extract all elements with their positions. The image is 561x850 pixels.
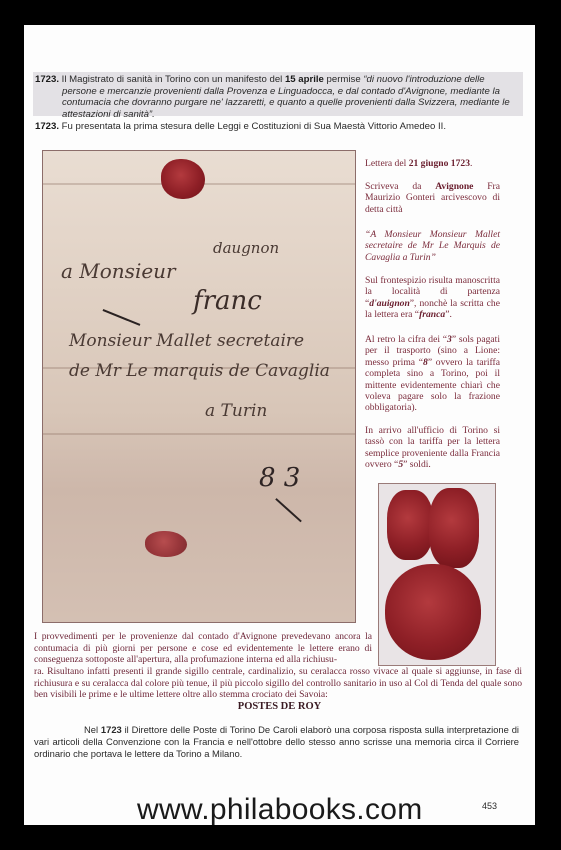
script-rate-marks: 8 3 [259,463,300,493]
arrow-icon [103,309,141,325]
body-text-wide: ra. Risultano infatti presenti il grande… [34,666,522,701]
seal-inscription-heading: POSTES DE ROY [24,701,535,712]
wax-seal-large [385,564,481,660]
caption-frontispiece: Sul frontespizio risulta manoscritta la … [365,275,500,321]
arrow-icon [275,498,301,522]
letter-photograph: daugnon a Monsieur franc Monsieur Mallet… [42,150,356,623]
wax-seal-top [161,159,205,199]
script-origin: daugnon [213,239,279,257]
body-text-narrow: I provvedimenti per le provenienze dal c… [34,631,372,666]
entry-date: 15 aprile [285,74,324,85]
caption-date: Lettera del 21 giugno 1723. [365,158,500,169]
body-paragraph: Nel 1723 il Direttore delle Poste di Tor… [34,724,519,760]
script-address-1: a Monsieur [61,259,176,283]
wax-seal-small-left [387,490,433,560]
website-watermark: www.philabooks.com [137,793,423,827]
page-number: 453 [482,801,497,811]
script-address-2: Monsieur Mallet secretaire [69,331,304,351]
caption-sender: Scriveva da Avignone Fra Maurizio Gonter… [365,181,500,215]
seal-closeup-photograph [378,483,496,666]
script-address-3: de Mr Le marquis de Cavaglia [69,361,330,381]
entry-quote: persone e mercanzie provenienti dalla Pr… [35,86,523,121]
script-turin: a Turin [205,401,267,421]
entry-year: 1723. [35,121,59,132]
wax-seal-remnant [145,531,187,557]
caption-arrival: In arrivo all'ufficio di Torino si tassò… [365,425,500,471]
caption-address-quote: “A Monsieur Monsieur Mallet secretaire d… [365,229,500,263]
wax-seal-small-right [429,488,479,568]
script-franca: franc [193,286,262,316]
chronology-entry-1: 1723. Il Magistrato di sanità in Torino … [35,74,523,120]
caption-rate: Al retro la cifra dei “3” sols pagati pe… [365,334,500,414]
fold-line [43,433,355,435]
book-page: 1723. Il Magistrato di sanità in Torino … [24,25,535,825]
entry-year: 1723. [35,74,59,85]
chronology-entry-2: 1723. Fu presentata la prima stesura del… [35,121,523,133]
